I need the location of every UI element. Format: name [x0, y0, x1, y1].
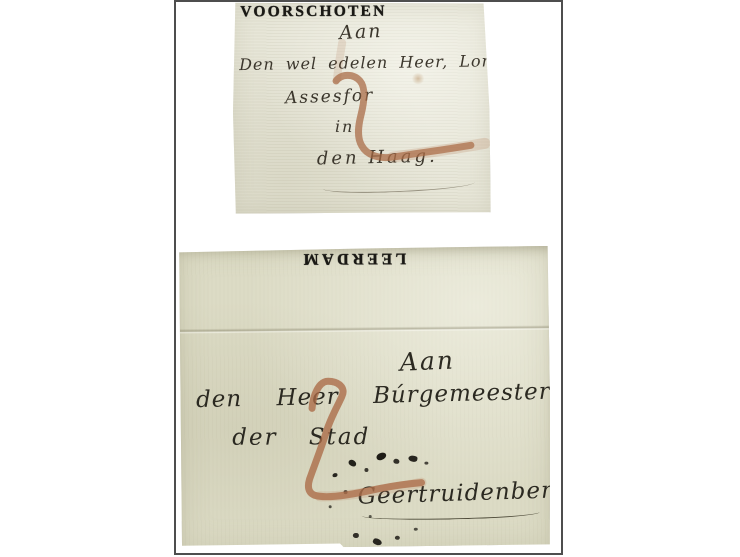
ink-speck	[353, 533, 359, 538]
ink-speck	[369, 515, 372, 518]
photo-of-postal-covers: VOORSCHOTEN Aan Den wel edelen Heer, Lon…	[0, 0, 740, 557]
ink-speck	[408, 455, 418, 462]
address-line: den Haag.	[317, 146, 438, 170]
cover-voorschoten: VOORSCHOTEN Aan Den wel edelen Heer, Lon…	[233, 3, 492, 215]
ink-speck	[376, 452, 387, 461]
ink-speck	[332, 473, 337, 477]
address-line: den Heer Búrgemeester	[196, 379, 551, 413]
address-line: Assesfor	[285, 85, 375, 108]
postmark-voorschoten: VOORSCHOTEN	[240, 3, 386, 22]
ink-speck	[344, 490, 348, 494]
address-line: Aan	[399, 346, 455, 377]
ink-underline	[362, 510, 540, 522]
fold-crease	[180, 325, 550, 334]
address-line: Aan	[339, 20, 383, 44]
ink-speck	[395, 536, 400, 540]
postmark-leerdam-inverted: LEERDAM	[285, 249, 421, 268]
ink-speck	[348, 459, 358, 467]
pencil-underline	[323, 181, 475, 195]
ink-speck	[414, 528, 418, 531]
ink-speck	[393, 459, 399, 464]
foxing-spot	[411, 73, 425, 84]
address-line: Geertruidenberg	[357, 477, 569, 510]
ink-speck	[372, 537, 383, 546]
address-line: in	[335, 117, 354, 136]
address-line: der Stad	[232, 424, 370, 451]
ink-speck	[364, 468, 368, 472]
address-line: Den wel edelen Heer, Loncg	[239, 51, 514, 74]
ink-speck	[424, 462, 428, 465]
ink-speck	[329, 505, 332, 508]
cover-leerdam: LEERDAM Aan den Heer Búrgemeester der St…	[179, 246, 551, 548]
